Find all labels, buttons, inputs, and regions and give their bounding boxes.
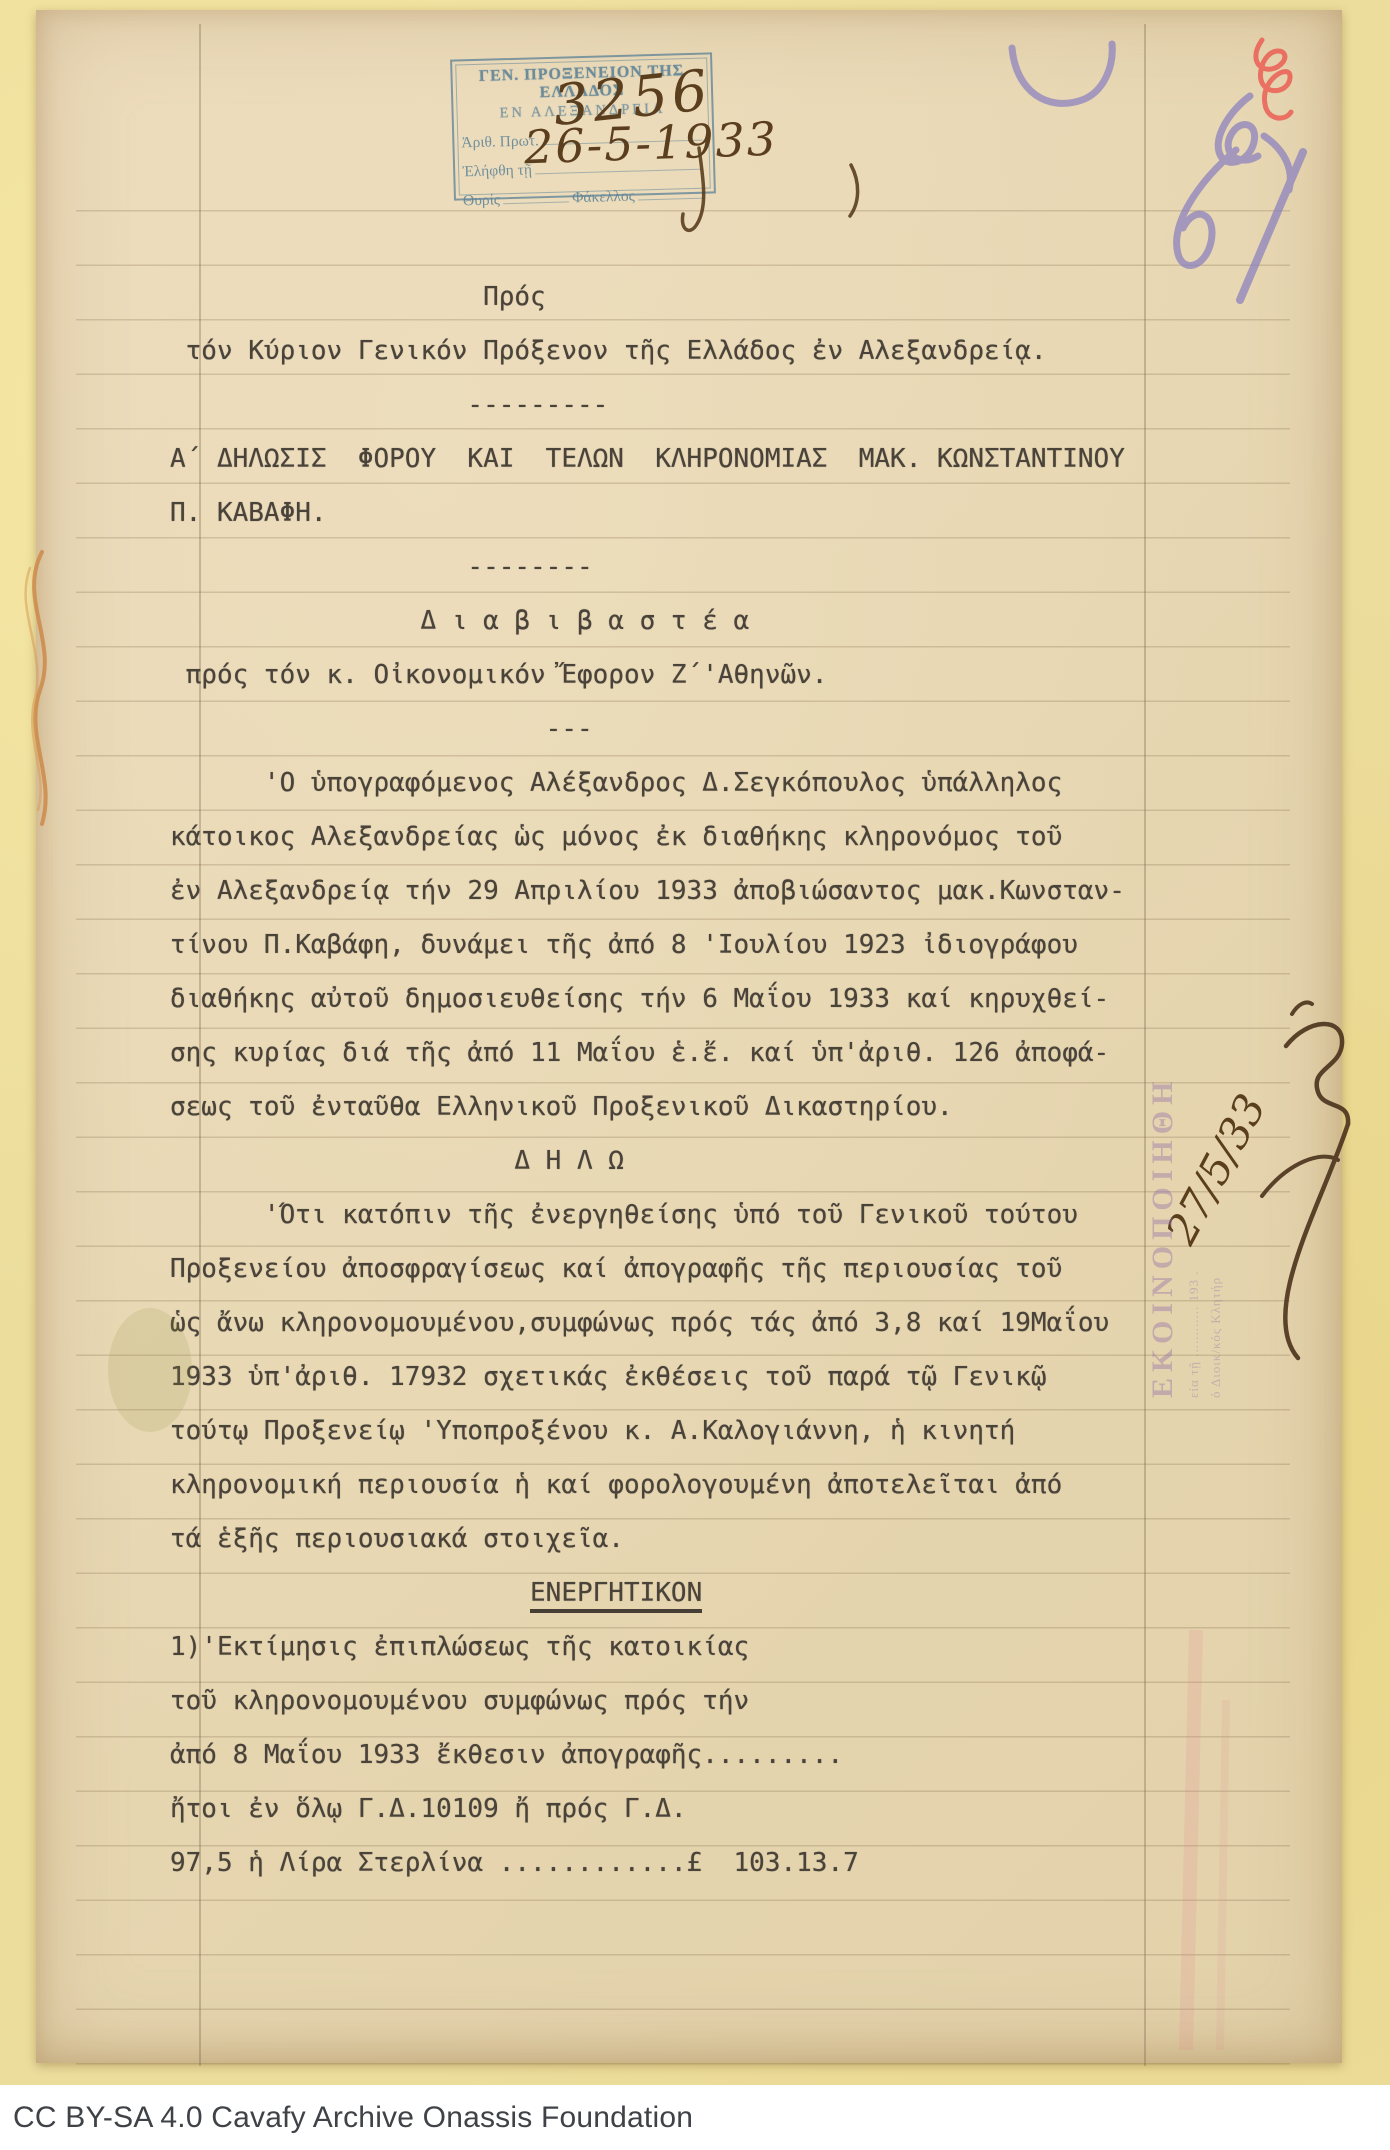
license-text: CC BY-SA 4.0 Cavafy Archive Onassis Foun… xyxy=(13,2085,693,2150)
typewriter-line: ὡς ἄνω κληρονομουμένου,συμφώνως πρός τάς… xyxy=(170,1296,1180,1350)
typewriter-line: τούτῳ Προξενείῳ 'Υποπροξένου κ. Α.Καλογι… xyxy=(170,1404,1180,1458)
typewriter-line: ΕΝΕΡΓΗΤΙΚΟΝ xyxy=(170,1566,1180,1620)
stamp-rule xyxy=(637,184,704,201)
typewriter-line: σεως τοῦ ἐνταῦθα Ελληνικοῦ Προξενικοῦ Δι… xyxy=(170,1080,1180,1134)
typewriter-line: Προξενείου ἀποσφραγίσεως καί ἀπογραφῆς τ… xyxy=(170,1242,1180,1296)
typewriter-line: πρός τόν κ. Οἰκονομικόν Ἔφορον Ζ΄'Αθηνῶν… xyxy=(170,648,1180,702)
typewriter-line: σης κυρίας διά τῆς ἀπό 11 Μαΐου ἑ.ἔ. καί… xyxy=(170,1026,1180,1080)
license-strip: CC BY-SA 4.0 Cavafy Archive Onassis Foun… xyxy=(0,2085,1390,2150)
typewriter-line: διαθήκης αὐτοῦ δημοσιευθείσης τήν 6 Μαΐο… xyxy=(170,972,1180,1026)
typewriter-line: κληρονομική περιουσία ἡ καί φορολογουμέν… xyxy=(170,1458,1180,1512)
stamp-received-label: Ἐλήφθη τῇ xyxy=(462,161,532,181)
typewriter-line: Α΄ ΔΗΛΩΣΙΣ ΦΟΡΟΥ ΚΑΙ ΤΕΛΩΝ ΚΛΗΡΟΝΟΜΙΑΣ Μ… xyxy=(170,432,1180,486)
typewriter-line: τόν Κύριον Γενικόν Πρόξενον τῆς Ελλάδος … xyxy=(170,324,1180,378)
typewriter-line: τίνου Π.Καβάφη, δυνάμει τῆς ἀπό 8 'Ιουλί… xyxy=(170,918,1180,972)
typewriter-line: 1933 ὑπ'ἀριθ. 17932 σχετικάς ἐκθέσεις το… xyxy=(170,1350,1180,1404)
typewriter-line: 97,5 ἡ Λίρα Στερλίνα ............£ 103.1… xyxy=(170,1836,1180,1890)
typewritten-body: Πρός τόν Κύριον Γενικόν Πρόξενον τῆς Ελλ… xyxy=(170,270,1180,1890)
typewriter-line: 'Ο ὑπογραφόμενος Αλέξανδρος Δ.Σεγκόπουλο… xyxy=(170,756,1180,810)
typewriter-line: ἐν Αλεξανδρείᾳ τήν 29 Απριλίου 1933 ἀποβ… xyxy=(170,864,1180,918)
typewriter-line: Π. ΚΑΒΑΦΗ. xyxy=(170,486,1180,540)
stamp-title: ΓΕΝ. ΠΡΟΞΕΝΕΙΟΝ ΤΗΣ ΕΛΛΑΔΟΣ xyxy=(450,61,713,104)
stamp-rule xyxy=(542,126,703,145)
consulate-receipt-stamp: ΓΕΝ. ΠΡΟΞΕΝΕΙΟΝ ΤΗΣ ΕΛΛΑΔΟΣ ΕΝ ΑΛΕΞΑΝΔΡΕ… xyxy=(450,52,716,200)
typewriter-line: ἀπό 8 Μαΐου 1933 ἔκθεσιν ἀπογραφῆς......… xyxy=(170,1728,1180,1782)
typewriter-line: Δ Η Λ Ω xyxy=(170,1134,1180,1188)
stamp-protocol-label: Ἀριθ. Πρωτ. xyxy=(461,132,539,152)
typewriter-line: 1)'Εκτίμησις ἐπιπλώσεως τῆς κατοικίας xyxy=(170,1620,1180,1674)
typewriter-line: κάτοικος Αλεξανδρείας ὡς μόνος ἐκ διαθήκ… xyxy=(170,810,1180,864)
typewriter-line: Δ ι α β ι β α σ τ έ α xyxy=(170,594,1180,648)
typewriter-line: --------- xyxy=(170,378,1180,432)
typewriter-line: Πρός xyxy=(170,270,1180,324)
typewriter-line: --- xyxy=(170,702,1180,756)
stamp-rule xyxy=(503,187,570,204)
stamp-folder-label: Φάκελλος xyxy=(572,188,635,208)
typewriter-line: τά ἑξῆς περιουσιακά στοιχεῖα. xyxy=(170,1512,1180,1566)
typewriter-line: 'Ότι κατόπιν τῆς ἐνεργηθείσης ὑπό τοῦ Γε… xyxy=(170,1188,1180,1242)
typewriter-line: τοῦ κληρονομουμένου συμφώνως πρός τήν xyxy=(170,1674,1180,1728)
typewriter-line: ἤτοι ἐν ὅλῳ Γ.Δ.10109 ἤ πρός Γ.Δ. xyxy=(170,1782,1180,1836)
stamp-slot-label: Θυρίς xyxy=(463,191,500,210)
typewriter-line: -------- xyxy=(170,540,1180,594)
